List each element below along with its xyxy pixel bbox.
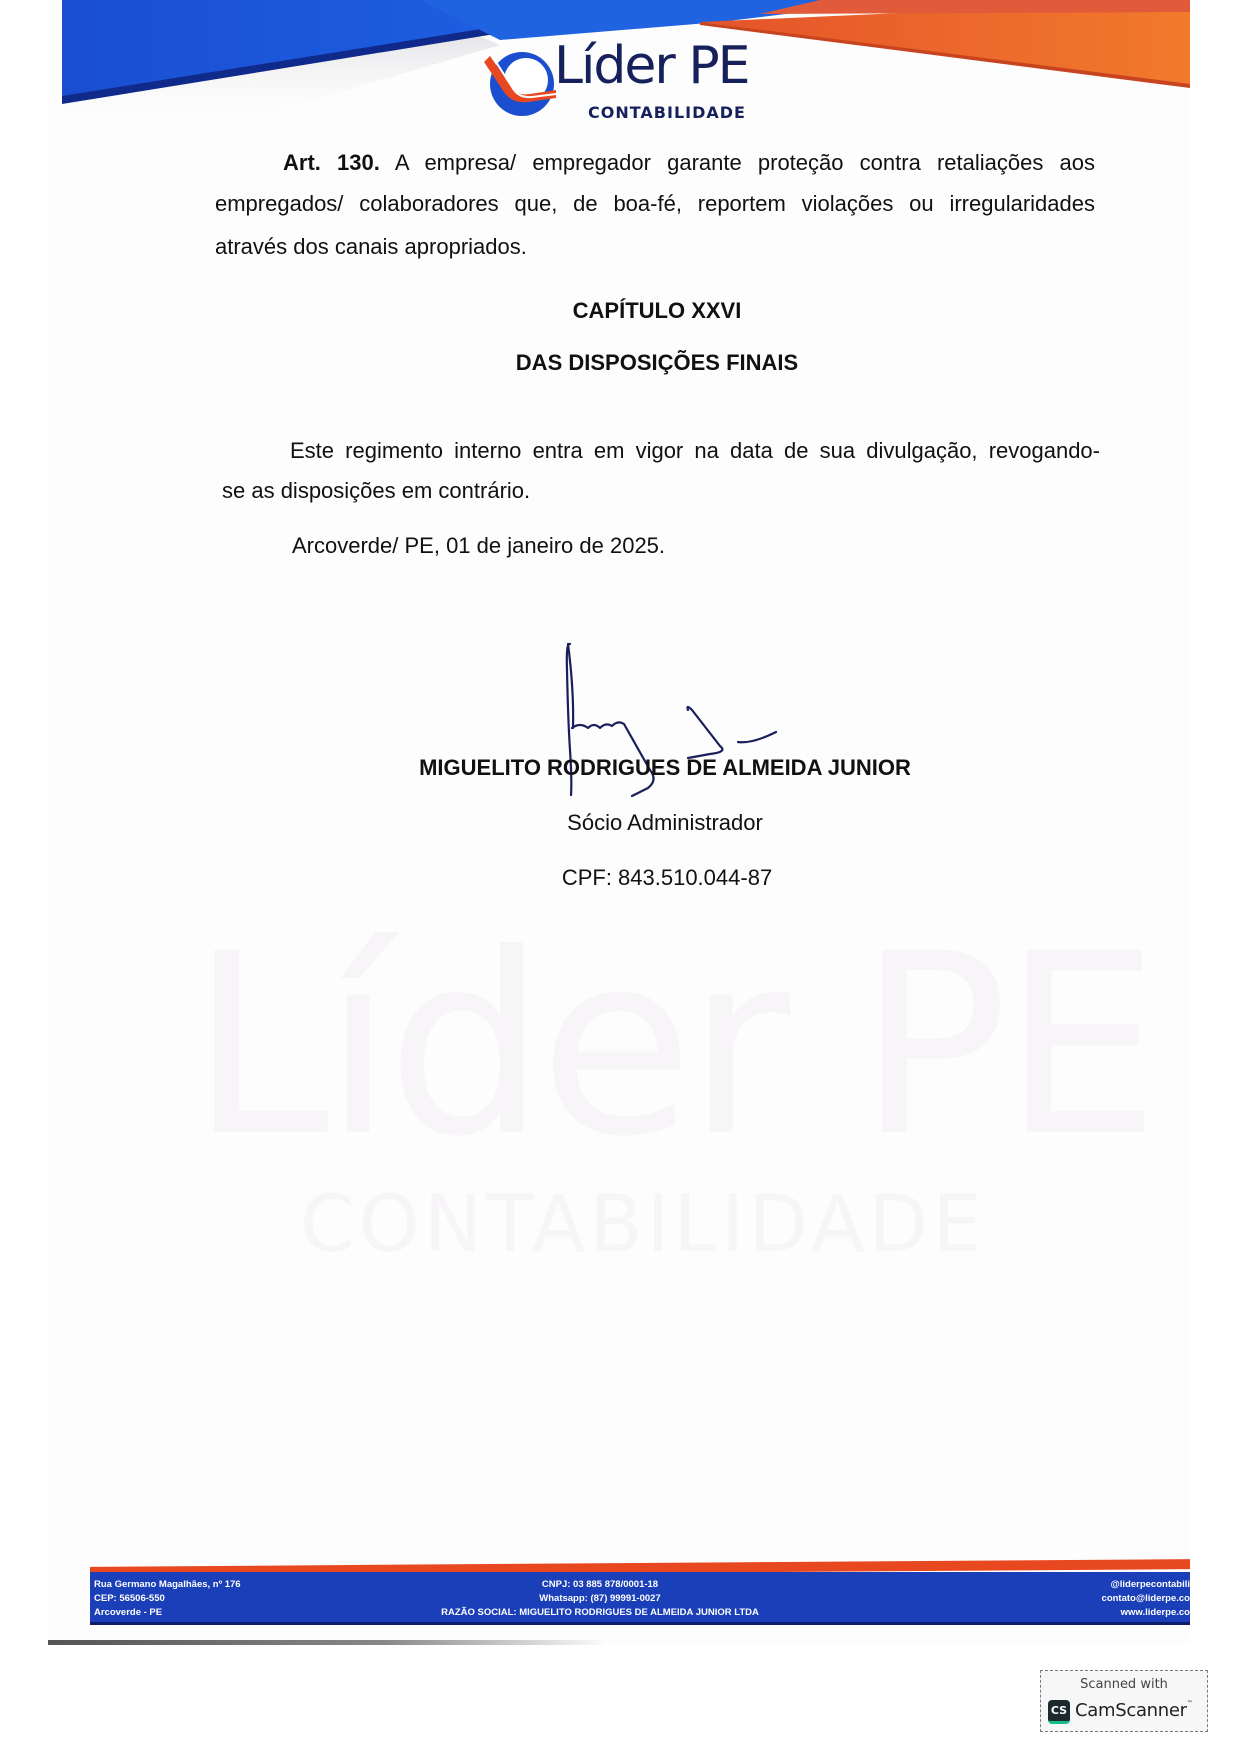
chapter-subtitle: DAS DISPOSIÇÕES FINAIS <box>0 352 1240 374</box>
footer-company-info: CNPJ: 03 885 878/0001-18 Whatsapp: (87) … <box>390 1578 810 1620</box>
final-paragraph-line-1: Este regimento interno entra em vigor na… <box>290 440 1100 462</box>
article-line-1: Art. 130. A empresa/ empregador garante … <box>215 152 1095 174</box>
signatory-cpf: CPF: 843.510.044-87 <box>0 867 1240 889</box>
final-paragraph-line-2: se as disposições em contrário. <box>222 480 530 502</box>
brand-subtitle: CONTABILIDADE <box>588 103 746 122</box>
badge-caption: Scanned with <box>1041 1677 1207 1692</box>
badge-brand: CamScanner™ <box>1075 1700 1192 1721</box>
footer-contacts: @liderpecontabili contato@liderpe.co www… <box>1070 1578 1190 1620</box>
article-line-2: empregados/ colaboradores que, de boa-fé… <box>215 193 1095 215</box>
company-logo: Líder PE CONTABILIDADE <box>482 42 782 127</box>
camscanner-badge: Scanned with CS CamScanner™ <box>1040 1670 1208 1732</box>
camscanner-logo-icon: CS <box>1048 1700 1070 1724</box>
letterhead-footer: Rua Germano Magalhães, nº 176 CEP: 56506… <box>90 1563 1190 1623</box>
article-label: Art. 130. <box>283 150 380 175</box>
chapter-title: CAPÍTULO XXVI <box>0 300 1240 322</box>
page-edge-shadow <box>48 1640 608 1645</box>
logo-swoosh-icon <box>482 42 557 122</box>
signatory-role: Sócio Administrador <box>0 812 1240 834</box>
brand-name: Líder PE <box>554 36 749 96</box>
footer-address: Rua Germano Magalhães, nº 176 CEP: 56506… <box>94 1578 241 1620</box>
article-line-3: através dos canais apropriados. <box>215 236 527 258</box>
place-date: Arcoverde/ PE, 01 de janeiro de 2025. <box>292 535 665 557</box>
signatory-name: MIGUELITO RODRIGUES DE ALMEIDA JUNIOR <box>0 757 1240 779</box>
